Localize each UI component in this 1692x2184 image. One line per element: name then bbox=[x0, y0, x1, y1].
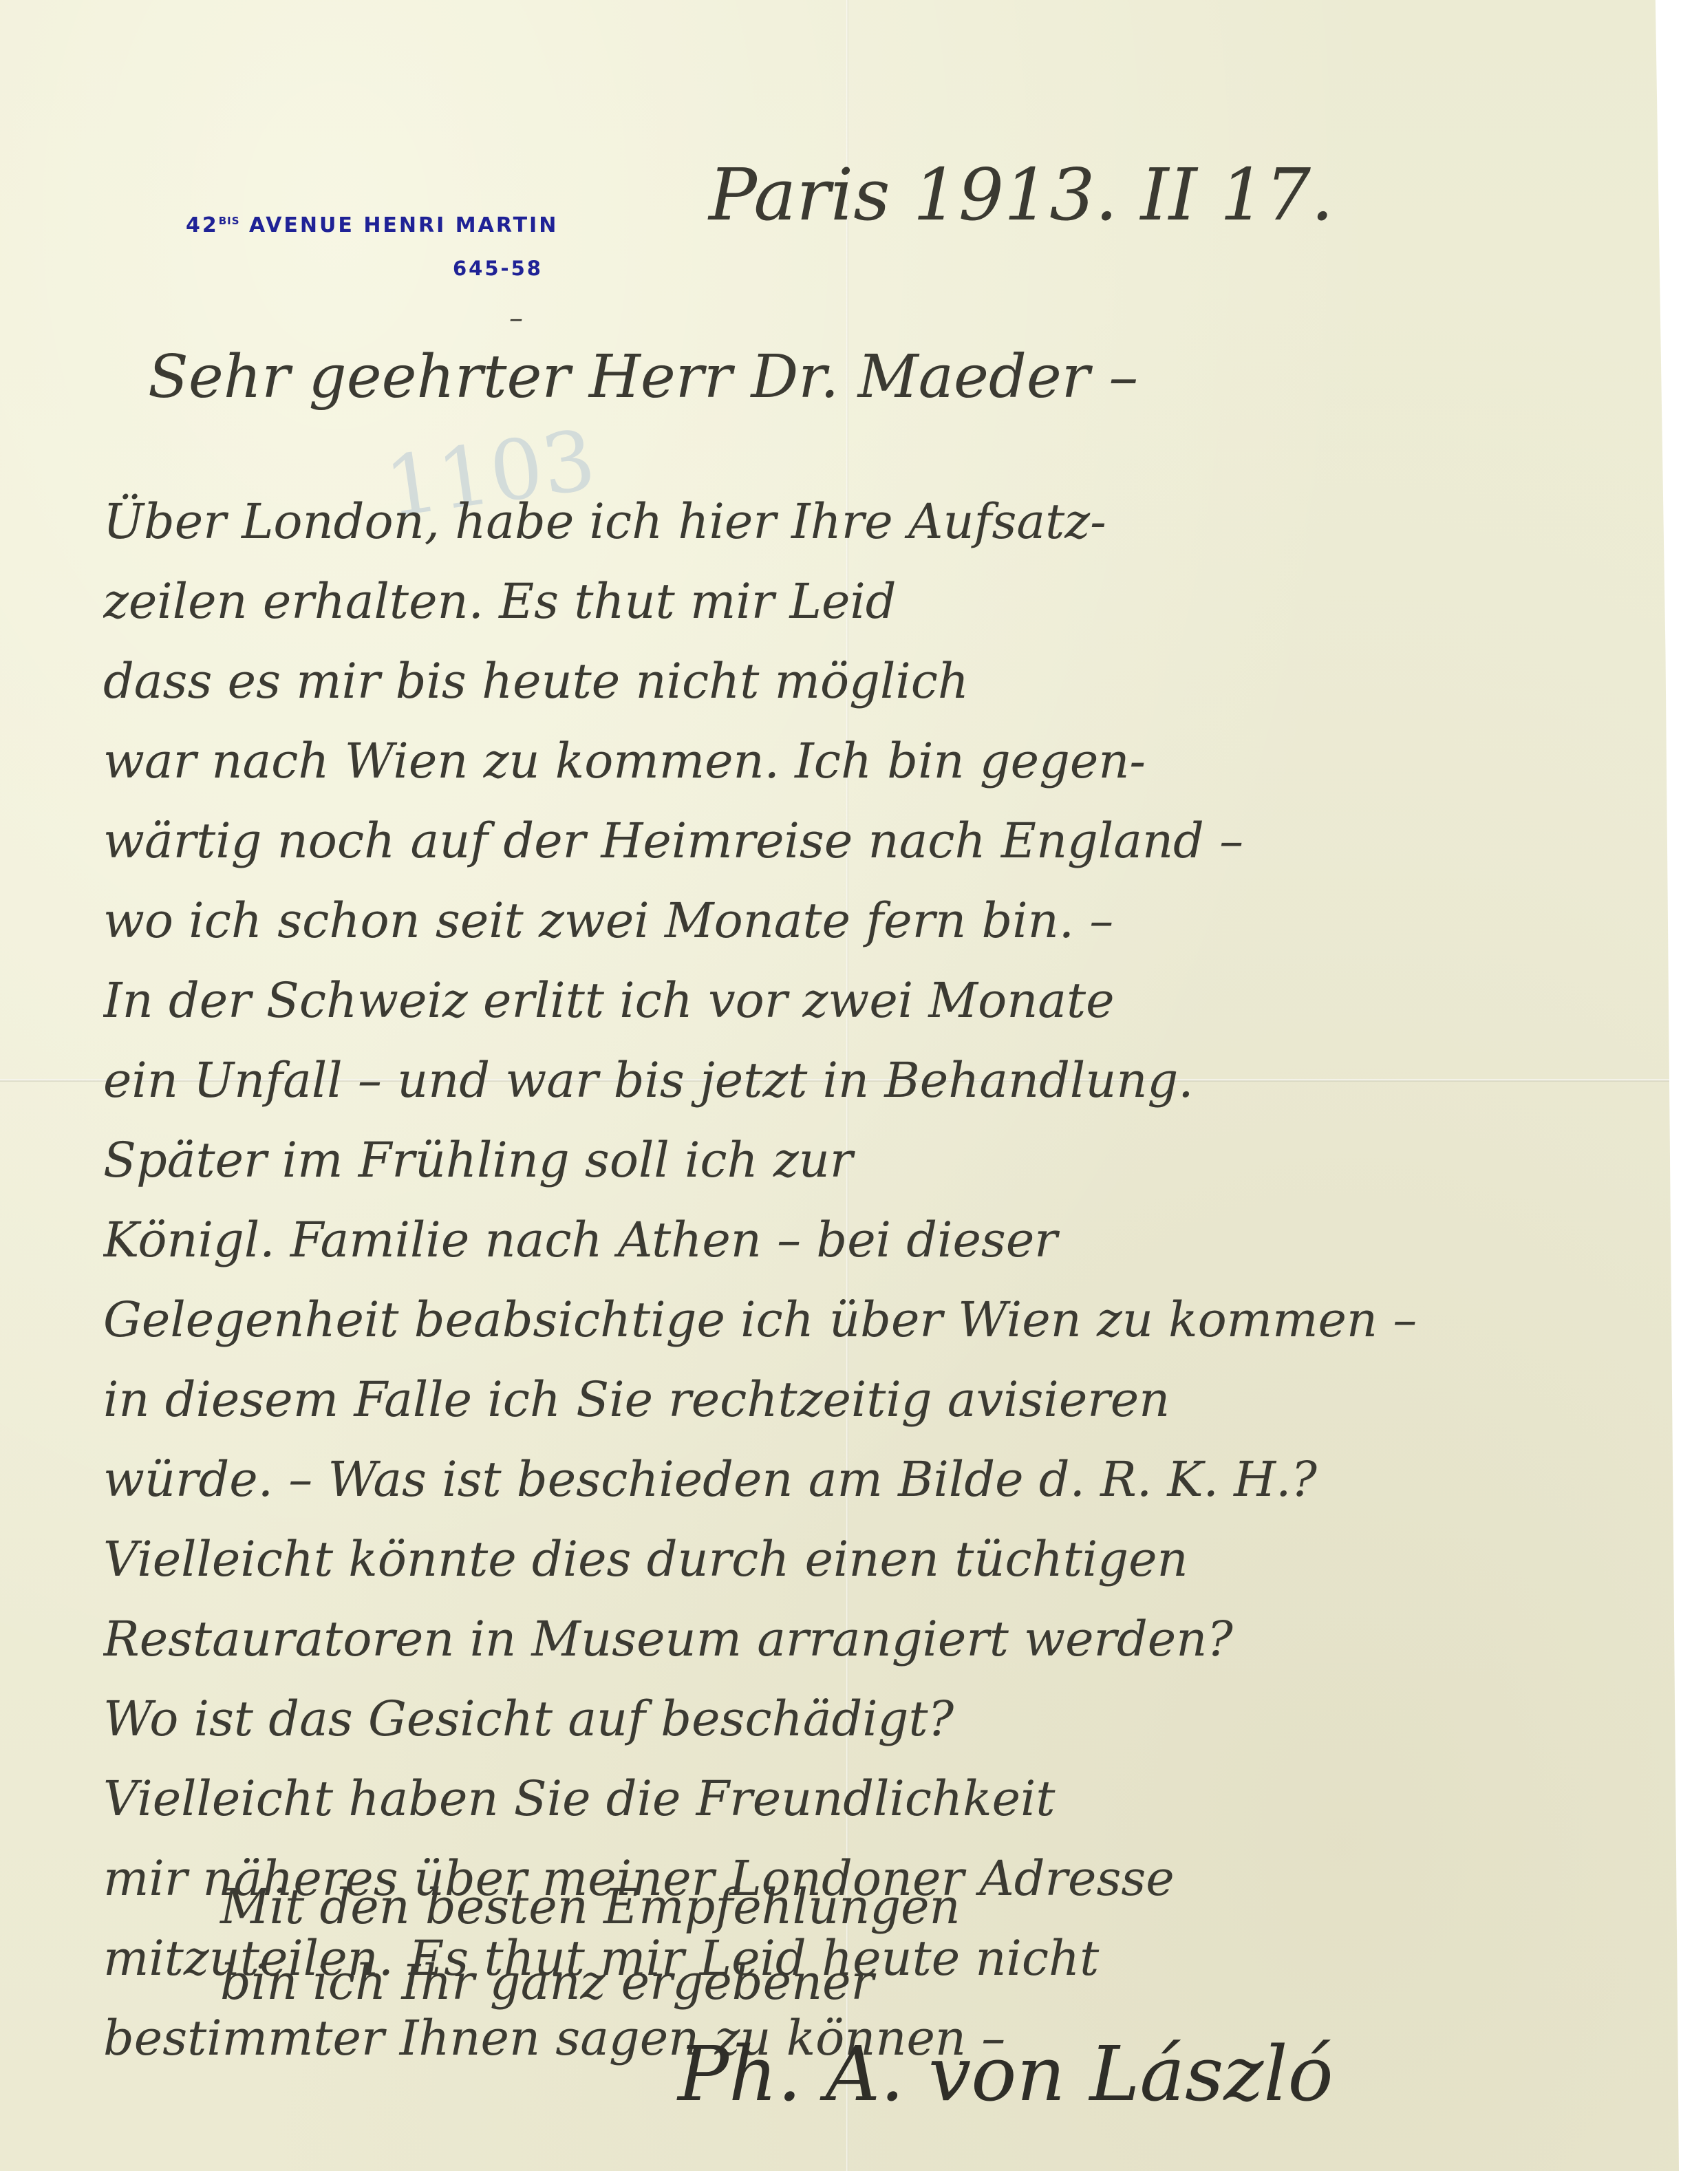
body-line: war nach Wien zu kommen. Ich bin gegen- bbox=[103, 721, 1617, 801]
body-line: Gelegenheit beabsichtige ich über Wien z… bbox=[103, 1280, 1617, 1360]
closing-line: Mit den besten Empfehlungen bbox=[220, 1878, 961, 1935]
body-line: wo ich schon seit zwei Monate fern bin. … bbox=[103, 881, 1617, 961]
body-line: ein Unfall – und war bis jetzt in Behand… bbox=[103, 1040, 1617, 1120]
body-line: Später im Frühling soll ich zur bbox=[103, 1120, 1617, 1200]
body-line: in diesem Falle ich Sie rechtzeitig avis… bbox=[103, 1360, 1617, 1439]
signature: Ph. A. von László bbox=[678, 2030, 1334, 2118]
body-line: Über London, habe ich hier Ihre Aufsatz- bbox=[103, 482, 1617, 561]
body-line: Königl. Familie nach Athen – bei dieser bbox=[103, 1200, 1617, 1280]
body-line: Wo ist das Gesicht auf beschädigt? bbox=[103, 1679, 1617, 1759]
letter-paper: 42BIS AVENUE HENRI MARTIN 645-58 1103 Pa… bbox=[0, 0, 1679, 2171]
letterhead-phone: 645-58 bbox=[453, 257, 667, 280]
body-line: Vielleicht haben Sie die Freundlichkeit bbox=[103, 1759, 1617, 1839]
salutation: Sehr geehrter Herr Dr. Maeder – bbox=[148, 343, 1138, 411]
closing-line: bin ich Ihr ganz ergebener bbox=[220, 1954, 874, 2011]
body-line: Restauratoren in Museum arrangiert werde… bbox=[103, 1599, 1617, 1679]
separator-dash: – bbox=[509, 303, 523, 334]
letterhead-address: 42BIS AVENUE HENRI MARTIN bbox=[186, 213, 667, 237]
letterhead-street: AVENUE HENRI MARTIN bbox=[249, 213, 558, 237]
letterhead: 42BIS AVENUE HENRI MARTIN 645-58 bbox=[186, 213, 667, 280]
body-line: Vielleicht könnte dies durch einen tücht… bbox=[103, 1519, 1617, 1599]
letter-body: Über London, habe ich hier Ihre Aufsatz-… bbox=[103, 482, 1617, 2078]
body-line: würde. – Was ist beschieden am Bilde d. … bbox=[103, 1439, 1617, 1519]
body-line: wärtig noch auf der Heimreise nach Engla… bbox=[103, 801, 1617, 881]
letterhead-number: 42 bbox=[186, 213, 219, 237]
body-line: dass es mir bis heute nicht möglich bbox=[103, 641, 1617, 721]
body-line: In der Schweiz erlitt ich vor zwei Monat… bbox=[103, 961, 1617, 1040]
letterhead-number-suffix: BIS bbox=[219, 215, 240, 227]
dateline: Paris 1913. II 17. bbox=[709, 153, 1334, 237]
body-line: zeilen erhalten. Es thut mir Leid bbox=[103, 561, 1617, 641]
